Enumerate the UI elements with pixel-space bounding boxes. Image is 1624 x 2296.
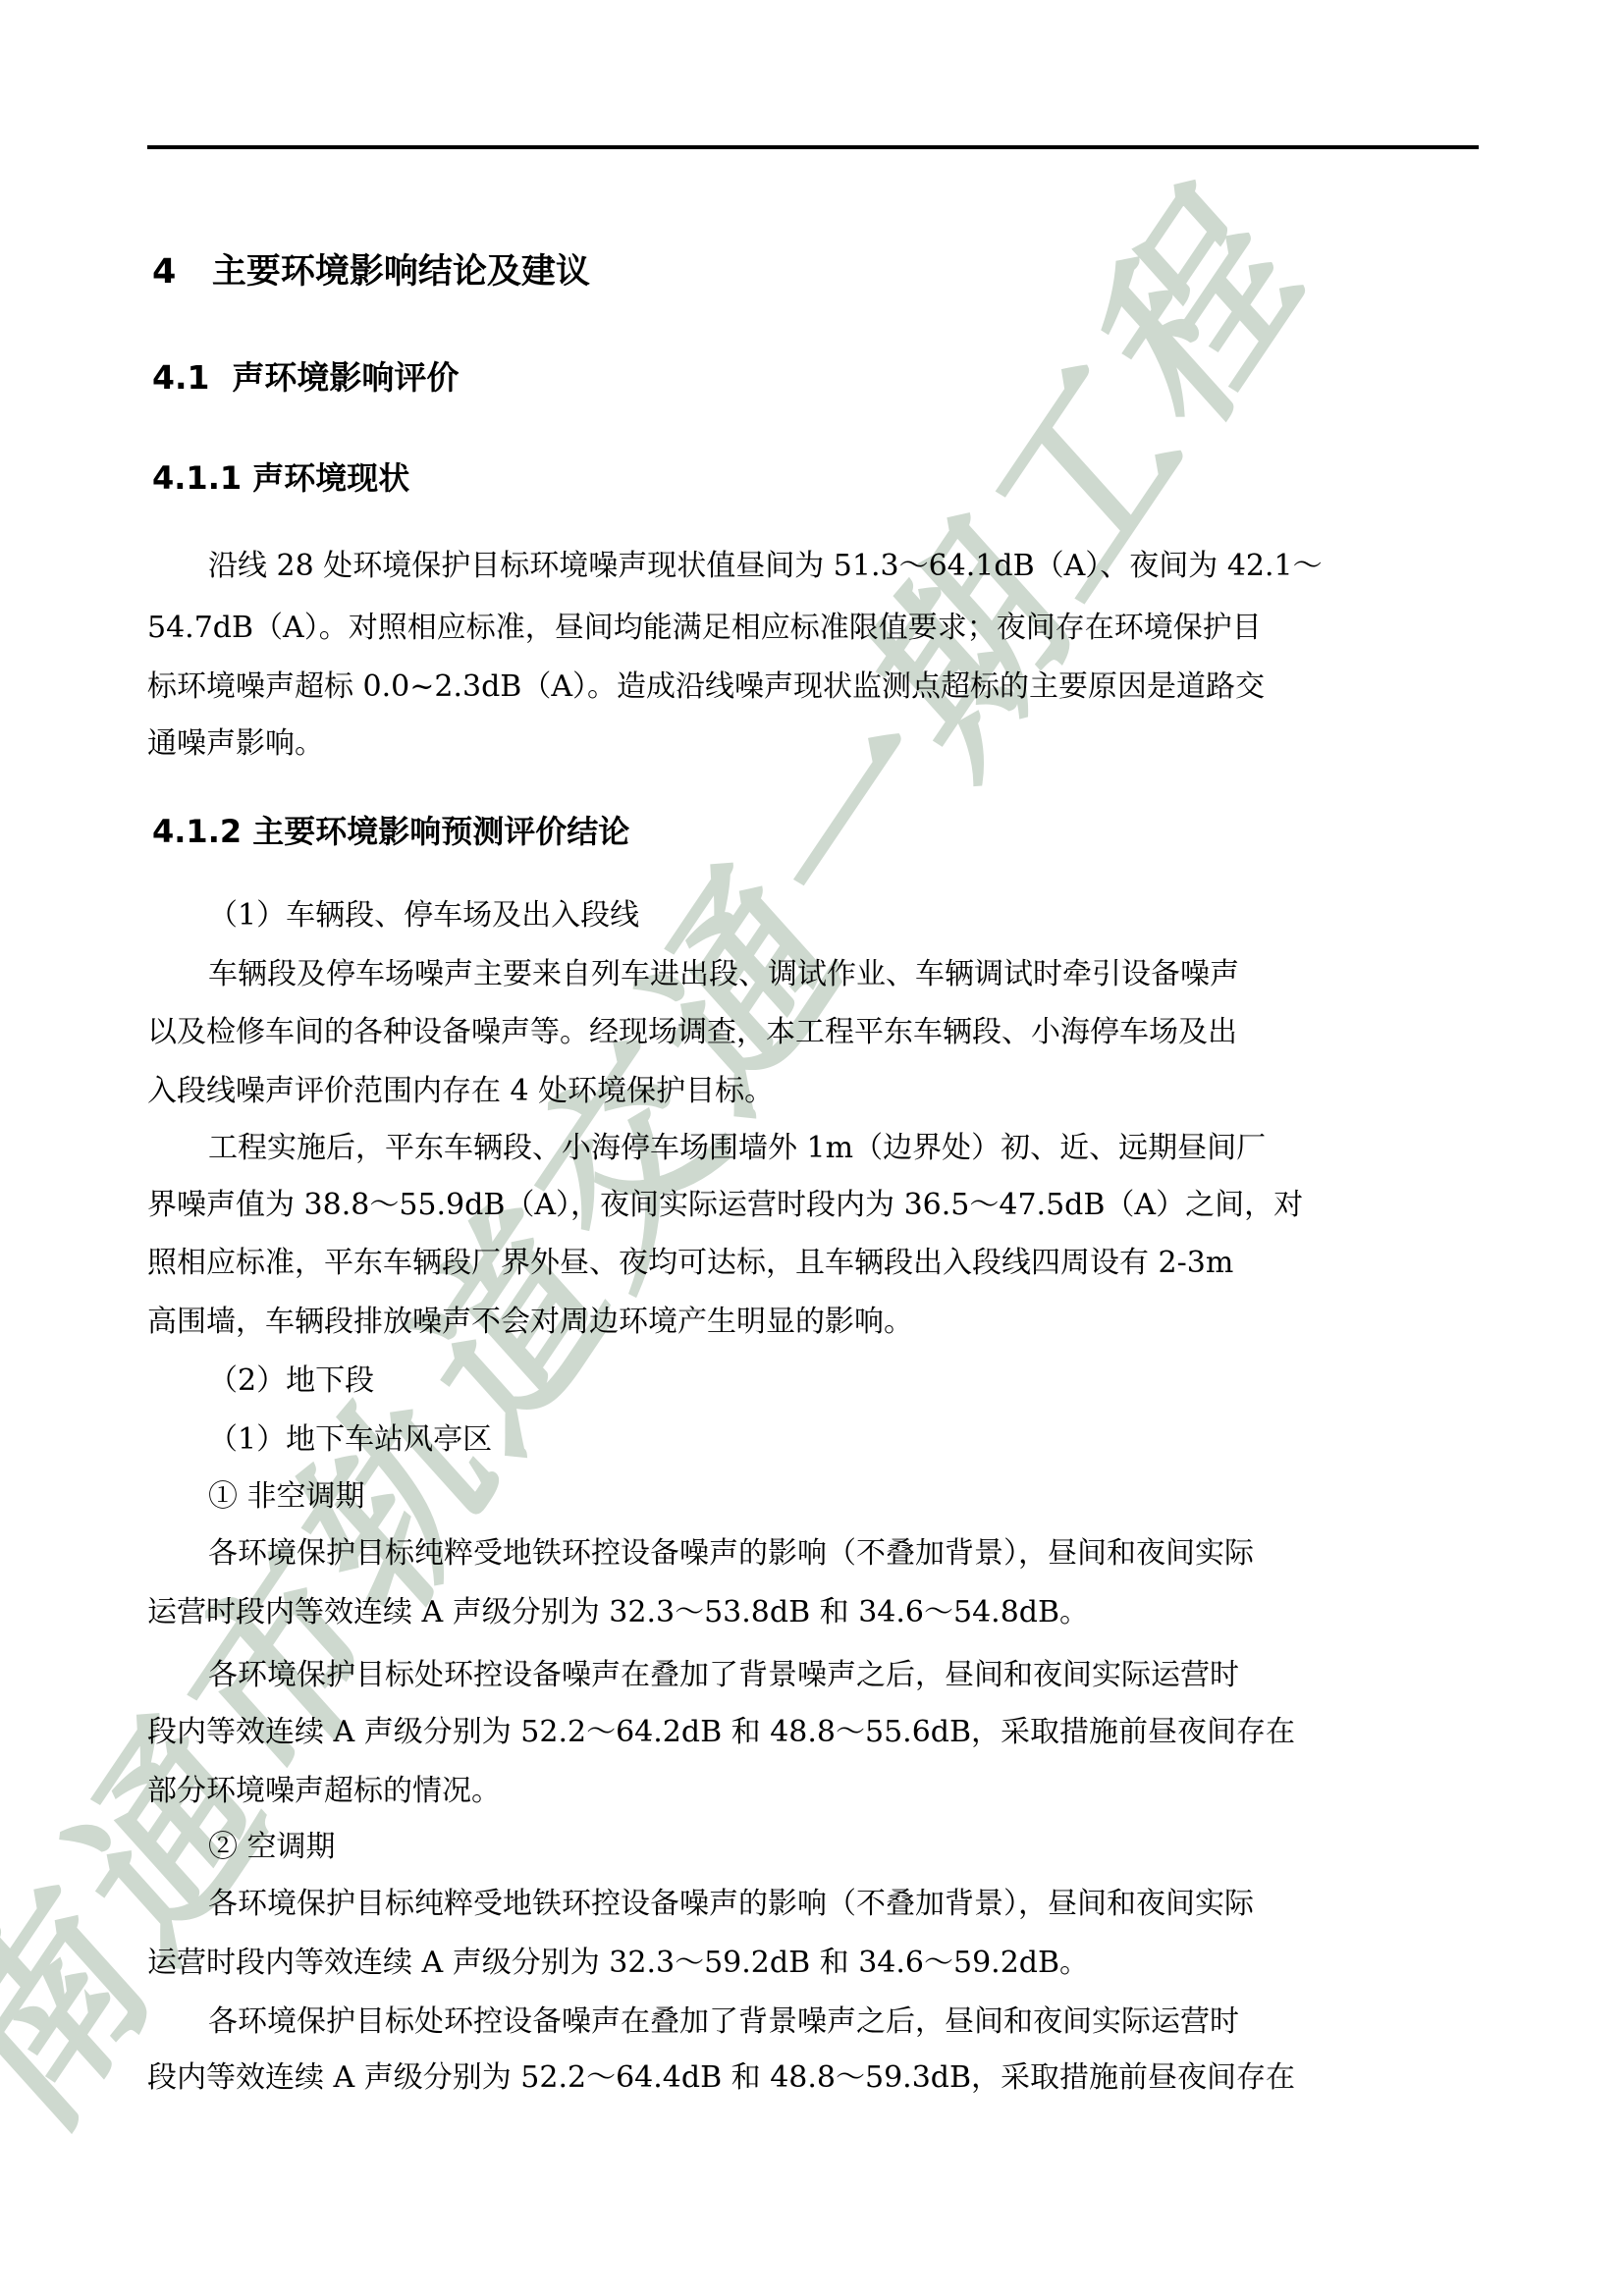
text-line: 车辆段及停车场噪声主要来自列车进出段、调试作业、车辆调试时牵引设备噪声 [147,945,1581,1004]
text-line: 各环境保护目标处环控设备噪声在叠加了背景噪声之后，昼间和夜间实际运营时 [147,1993,1581,2052]
text-line: （1）地下车站风亭区 [147,1411,1581,1469]
text-line: ① 非空调期 [147,1468,1581,1526]
text-line: 沿线 28 处环境保护目标环境噪声现状值昼间为 51.3～64.1dB（A）、夜… [147,537,1581,596]
text-line: 部分环境噪声超标的情况。 [147,1762,1581,1821]
text-line: 运营时段内等效连续 A 声级分别为 32.3～59.2dB 和 34.6～59.… [147,1934,1581,1993]
text-line: 各环境保护目标纯粹受地铁环控设备噪声的影响（不叠加背景），昼间和夜间实际 [147,1524,1581,1583]
text-line: 各环境保护目标纯粹受地铁环控设备噪声的影响（不叠加背景），昼间和夜间实际 [147,1875,1581,1934]
header-rule [147,145,1479,149]
text-line: 段内等效连续 A 声级分别为 52.2～64.4dB 和 48.8～59.3dB… [147,2049,1581,2108]
text-line: 界噪声值为 38.8～55.9dB（A），夜间实际运营时段内为 36.5～47.… [147,1176,1581,1235]
text-line: 照相应标准，平东车辆段厂界外昼、夜均可达标，且车辆段出入段线四周设有 2-3m [147,1234,1581,1293]
text-line: 以及检修车间的各种设备噪声等。经现场调查，本工程平东车辆段、小海停车场及出 [147,1003,1581,1062]
text-line: 各环境保护目标处环控设备噪声在叠加了背景噪声之后，昼间和夜间实际运营时 [147,1646,1581,1705]
heading-line: 4.1.2 主要环境影响预测评价结论 [152,805,1586,858]
text-line: 54.7dB（A）。对照相应标准，昼间均能满足相应标准限值要求；夜间存在环境保护… [147,599,1581,658]
text-line: 入段线噪声评价范围内存在 4 处环境保护目标。 [147,1062,1581,1121]
heading-line: 4.1 声环境影响评价 [152,351,1586,404]
text-line: 标环境噪声超标 0.0~2.3dB（A）。造成沿线噪声现状监测点超标的主要原因是… [147,658,1581,717]
text-line: 通噪声影响。 [147,715,1581,774]
text-line: 高围墙，车辆段排放噪声不会对周边环境产生明显的影响。 [147,1293,1581,1352]
heading-line: 4.1.1 声环境现状 [152,452,1586,505]
text-line: 运营时段内等效连续 A 声级分别为 32.3～53.8dB 和 34.6～54.… [147,1583,1581,1642]
text-line: 工程实施后，平东车辆段、小海停车场围墙外 1m（边界处）初、近、远期昼间厂 [147,1119,1581,1178]
text-line: （1）车辆段、停车场及出入段线 [147,886,1581,945]
document-page: 南通市轨道交通一期工程 4 主要环境影响结论及建议4.1 声环境影响评价4.1.… [0,0,1624,2296]
text-line: 段内等效连续 A 声级分别为 52.2～64.2dB 和 48.8～55.6dB… [147,1703,1581,1762]
text-line: ② 空调期 [147,1818,1581,1877]
heading-line: 4 主要环境影响结论及建议 [152,245,1586,298]
text-line: （2）地下段 [147,1352,1581,1411]
